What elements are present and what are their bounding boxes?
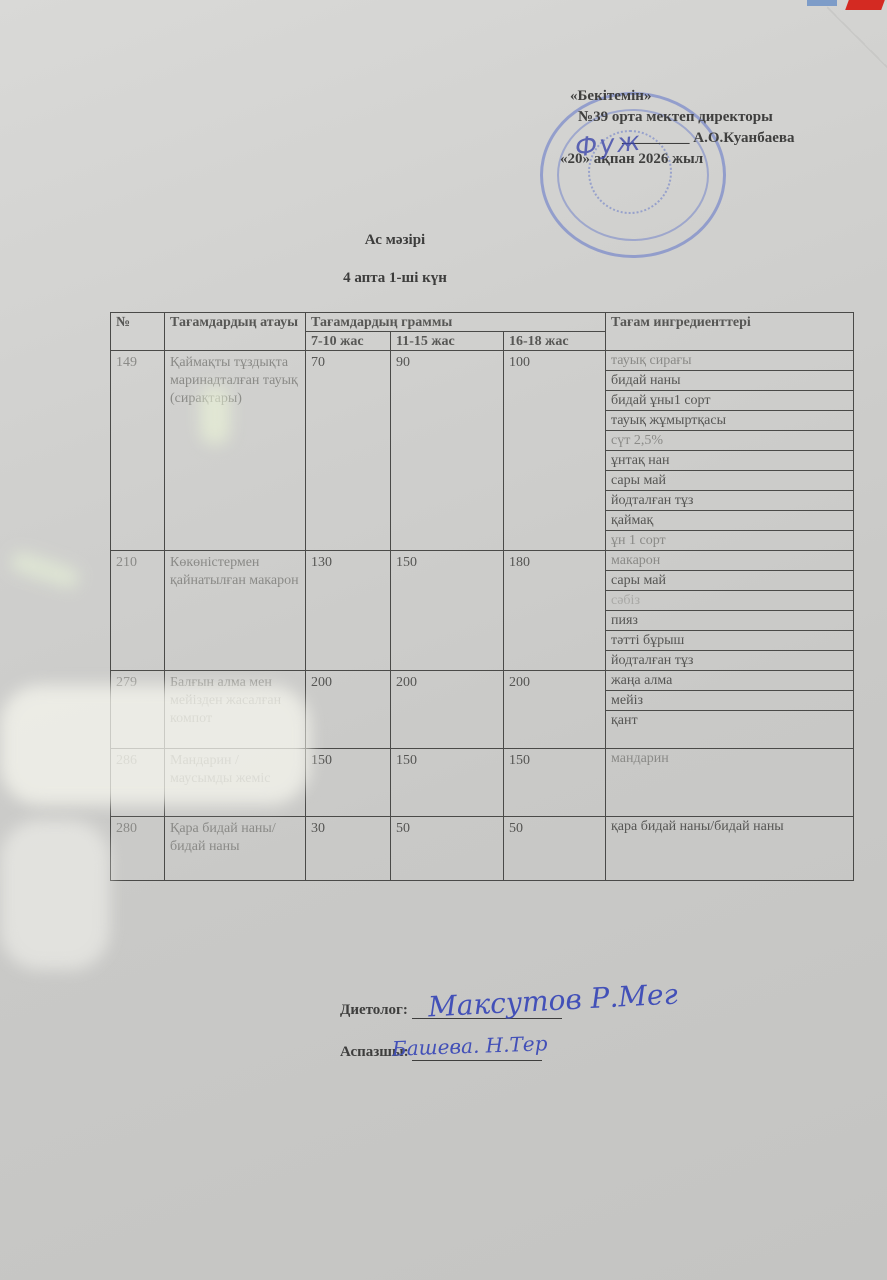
dish-name: Балғын алма мен мейізден жасалған компот bbox=[165, 671, 306, 749]
ingredient-cell: сары май bbox=[606, 471, 854, 491]
dish-number: 280 bbox=[111, 817, 165, 881]
ingredient-cell: тәтті бұрыш bbox=[606, 631, 854, 651]
cook-signature-line bbox=[412, 1060, 542, 1061]
ingredient-cell: мейіз bbox=[606, 691, 854, 711]
ingredient-cell: жаңа алма bbox=[606, 671, 854, 691]
ingredient-cell: қант bbox=[606, 711, 854, 749]
ingredient-cell: йодталған тұз bbox=[606, 651, 854, 671]
table-row: 279Балғын алма мен мейізден жасалған ком… bbox=[111, 671, 854, 691]
ingredient-cell: пияз bbox=[606, 611, 854, 631]
light-reflection bbox=[9, 550, 82, 591]
ingredient-cell: тауық сирағы bbox=[606, 351, 854, 371]
table-header-row: № Тағамдардың атауы Тағамдардың граммы Т… bbox=[111, 313, 854, 332]
ingredient-cell: қаймақ bbox=[606, 511, 854, 531]
dish-grams-age-group-2: 200 bbox=[391, 671, 504, 749]
dish-grams-age-group-2: 90 bbox=[391, 351, 504, 551]
menu-table: № Тағамдардың атауы Тағамдардың граммы Т… bbox=[110, 312, 854, 881]
dish-number: 279 bbox=[111, 671, 165, 749]
approval-position: №39 орта мектеп директоры bbox=[560, 107, 794, 128]
dish-name: Қаймақты тұздықта маринадталған тауық (с… bbox=[165, 351, 306, 551]
ingredient-cell: йодталған тұз bbox=[606, 491, 854, 511]
dish-grams-age-group-1: 70 bbox=[306, 351, 391, 551]
dietitian-label: Диетолог: bbox=[340, 1002, 408, 1018]
dish-number: 210 bbox=[111, 551, 165, 671]
dish-grams-age-group-3: 100 bbox=[504, 351, 606, 551]
dish-grams-age-group-3: 200 bbox=[504, 671, 606, 749]
light-reflection bbox=[0, 820, 110, 970]
dish-grams-age-group-2: 50 bbox=[391, 817, 504, 881]
dish-grams-age-group-2: 150 bbox=[391, 749, 504, 817]
page-subtitle: 4 апта 1-ші күн bbox=[0, 270, 790, 287]
header-number: № bbox=[111, 313, 165, 351]
dish-grams-age-group-3: 150 bbox=[504, 749, 606, 817]
table-row: 280Қара бидай наны/бидай наны305050қара … bbox=[111, 817, 854, 881]
page-title: Ас мәзірі bbox=[0, 232, 790, 249]
ingredient-cell: сәбіз bbox=[606, 591, 854, 611]
ingredient-cell: бидай ұны1 сорт bbox=[606, 391, 854, 411]
paper-fold-edge bbox=[827, 0, 887, 160]
ingredient-cell: қара бидай наны/бидай наны bbox=[606, 817, 854, 881]
ingredient-cell: ұн 1 сорт bbox=[606, 531, 854, 551]
dish-grams-age-group-1: 150 bbox=[306, 749, 391, 817]
dish-number: 149 bbox=[111, 351, 165, 551]
header-dish-name: Тағамдардың атауы bbox=[165, 313, 306, 351]
dish-grams-age-group-1: 200 bbox=[306, 671, 391, 749]
header-age-11-15: 11-15 жас bbox=[391, 332, 504, 351]
dish-grams-age-group-2: 150 bbox=[391, 551, 504, 671]
dish-grams-age-group-1: 30 bbox=[306, 817, 391, 881]
ingredient-cell: бидай наны bbox=[606, 371, 854, 391]
ingredient-cell: сары май bbox=[606, 571, 854, 591]
ingredient-cell: сүт 2,5% bbox=[606, 431, 854, 451]
dish-grams-age-group-3: 180 bbox=[504, 551, 606, 671]
dish-grams-age-group-1: 130 bbox=[306, 551, 391, 671]
table-row: 286Мандарин / маусымды жеміс150150150ман… bbox=[111, 749, 854, 817]
ingredient-cell: макарон bbox=[606, 551, 854, 571]
header-age-16-18: 16-18 жас bbox=[504, 332, 606, 351]
dish-name: Көкөністермен қайнатылған макарон bbox=[165, 551, 306, 671]
dish-name: Мандарин / маусымды жеміс bbox=[165, 749, 306, 817]
dish-name: Қара бидай наны/бидай наны bbox=[165, 817, 306, 881]
table-row: 210Көкөністермен қайнатылған макарон1301… bbox=[111, 551, 854, 571]
ingredient-cell: тауық жұмыртқасы bbox=[606, 411, 854, 431]
table-row: 149Қаймақты тұздықта маринадталған тауық… bbox=[111, 351, 854, 371]
header-grams-group: Тағамдардың граммы bbox=[306, 313, 606, 332]
ingredient-cell: ұнтақ нан bbox=[606, 451, 854, 471]
header-age-7-10: 7-10 жас bbox=[306, 332, 391, 351]
menu-table-body: 149Қаймақты тұздықта маринадталған тауық… bbox=[111, 351, 854, 881]
header-ingredients: Тағам ингредиенттері bbox=[606, 313, 854, 351]
dietitian-handwritten-signature: Максутов Р.Мег bbox=[427, 977, 678, 1023]
dish-number: 286 bbox=[111, 749, 165, 817]
ingredient-cell: мандарин bbox=[606, 749, 854, 817]
approval-heading: «Бекітемін» bbox=[560, 86, 794, 107]
dish-grams-age-group-3: 50 bbox=[504, 817, 606, 881]
